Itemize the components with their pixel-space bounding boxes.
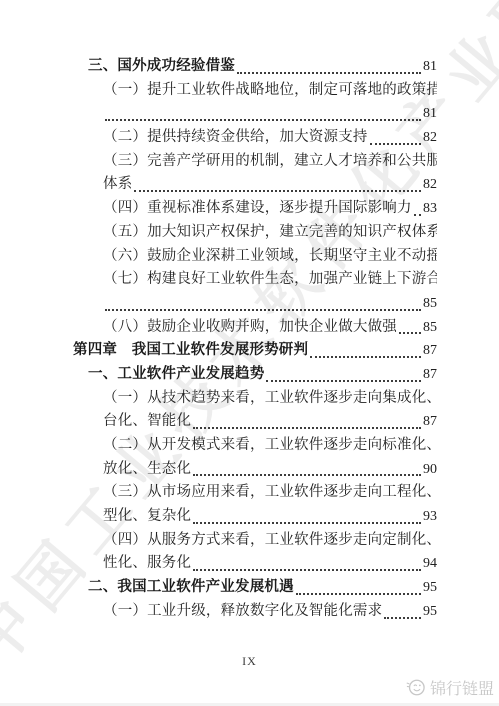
dot-leader [193, 427, 421, 429]
toc-entry-line: （一）提升工业软件战略地位，制定可落地的政策措施 [73, 79, 437, 103]
toc-entry-page: 90 [423, 458, 437, 482]
toc-entry-line: （四）重视标准体系建设，逐步提升国际影响力83 [73, 197, 437, 221]
toc-entry-line: 型化、复杂化93 [73, 505, 437, 529]
toc-entry-page: 95 [423, 576, 437, 600]
toc-entry-label: （二）从开发模式来看，工业软件逐步走向标准化、开 [103, 434, 437, 458]
dot-leader [193, 474, 421, 476]
toc-entry-page: 81 [423, 102, 437, 126]
toc-entry-continuation: 型化、复杂化 [103, 505, 191, 529]
toc-entry-label: 三、国外成功经验借鉴 [88, 55, 235, 79]
toc-entry-continuation: 台化、智能化 [103, 410, 191, 434]
toc-entry-line: （五）加大知识产权保护，建立完善的知识产权体系83 [73, 221, 437, 245]
document-page: 中国工业技术软件化产业联盟 三、国外成功经验借鉴81（一）提升工业软件战略地位，… [0, 0, 499, 706]
toc-entry-label: 一、工业软件产业发展趋势 [88, 363, 264, 387]
toc-entry-line: 二、我国工业软件产业发展机遇95 [73, 576, 437, 600]
toc-entry-line: （三）完善产学研用的机制，建立人才培养和公共服务 [73, 150, 437, 174]
toc-entry-page: 93 [423, 505, 437, 529]
toc-entry-label: （一）工业升级，释放数字化及智能化需求 [103, 600, 382, 624]
dot-leader [310, 356, 421, 358]
toc-entry-label: （八）鼓励企业收购并购，加快企业做大做强 [103, 316, 397, 340]
brand-text: 锦行链盟 [430, 676, 494, 699]
toc-entry-line: （二）提供持续资金供给，加大资源支持82 [73, 126, 437, 150]
toc-entry-label: （六）鼓励企业深耕工业领域，长期坚守主业不动摇 [103, 245, 437, 269]
dot-leader [266, 380, 421, 382]
toc-entry-page: 83 [423, 197, 437, 221]
toc-entry-line: （二）从开发模式来看，工业软件逐步走向标准化、开 [73, 434, 437, 458]
dot-leader [237, 72, 421, 74]
table-of-contents: 三、国外成功经验借鉴81（一）提升工业软件战略地位，制定可落地的政策措施81（二… [73, 55, 437, 624]
toc-entry-label: （三）从市场应用来看，工业软件逐步走向工程化、大 [103, 481, 437, 505]
toc-entry-line: （三）从市场应用来看，工业软件逐步走向工程化、大 [73, 481, 437, 505]
toc-entry-label: 二、我国工业软件产业发展机遇 [88, 576, 294, 600]
toc-entry-continuation: 体系 [103, 173, 132, 197]
toc-entry-continuation: 性化、服务化 [103, 552, 191, 576]
dot-leader [105, 119, 421, 121]
toc-entry-label: （一）提升工业软件战略地位，制定可落地的政策措施 [103, 79, 437, 103]
brand-watermark: 锦行链盟 [405, 676, 494, 699]
dot-leader [193, 569, 421, 571]
toc-entry-line: 台化、智能化87 [73, 410, 437, 434]
winking-smiley-icon [405, 677, 426, 698]
dot-leader [134, 190, 421, 192]
toc-entry-label: （二）提供持续资金供给，加大资源支持 [103, 126, 368, 150]
toc-entry-page: 82 [423, 173, 437, 197]
toc-entry-line: （一）工业升级，释放数字化及智能化需求95 [73, 600, 437, 624]
toc-entry-line: 一、工业软件产业发展趋势87 [73, 363, 437, 387]
toc-entry-label: （四）重视标准体系建设，逐步提升国际影响力 [103, 197, 412, 221]
toc-entry-page: 94 [423, 552, 437, 576]
dot-leader [370, 143, 421, 145]
toc-entry-continuation: 放化、生态化 [103, 458, 191, 482]
toc-entry-label: （七）构建良好工业软件生态，加强产业链上下游合作 [103, 268, 437, 292]
toc-entry-page: 85 [423, 316, 437, 340]
toc-entry-page: 82 [423, 126, 437, 150]
toc-entry-line: （七）构建良好工业软件生态，加强产业链上下游合作 [73, 268, 437, 292]
toc-entry-line: （一）从技术趋势来看，工业软件逐步走向集成化、平 [73, 387, 437, 411]
page-number: IX [0, 654, 499, 669]
toc-entry-line: 第四章 我国工业软件发展形势研判87 [73, 339, 437, 363]
toc-entry-label: （五）加大知识产权保护，建立完善的知识产权体系 [103, 221, 437, 245]
toc-entry-page: 95 [423, 600, 437, 624]
toc-entry-page: 81 [423, 55, 437, 79]
toc-entry-label: （三）完善产学研用的机制，建立人才培养和公共服务 [103, 150, 437, 174]
toc-entry-page: 85 [423, 292, 437, 316]
toc-entry-line: 81 [73, 102, 437, 126]
toc-entry-page: 87 [423, 410, 437, 434]
toc-entry-line: 85 [73, 292, 437, 316]
dot-leader [296, 593, 421, 595]
toc-entry-label: 第四章 我国工业软件发展形势研判 [73, 339, 308, 363]
toc-entry-line: （八）鼓励企业收购并购，加快企业做大做强85 [73, 316, 437, 340]
toc-entry-line: 性化、服务化94 [73, 552, 437, 576]
toc-entry-line: 体系82 [73, 173, 437, 197]
toc-entry-page: 87 [423, 339, 437, 363]
toc-entry-label: （一）从技术趋势来看，工业软件逐步走向集成化、平 [103, 387, 437, 411]
dot-leader [105, 309, 421, 311]
dot-leader [384, 617, 421, 619]
dot-leader [414, 214, 421, 216]
toc-entry-line: 放化、生态化90 [73, 458, 437, 482]
toc-entry-label: （四）从服务方式来看，工业软件逐步走向定制化、柔 [103, 529, 437, 553]
dot-leader [193, 522, 421, 524]
toc-entry-line: 三、国外成功经验借鉴81 [73, 55, 437, 79]
toc-entry-page: 87 [423, 363, 437, 387]
dot-leader [399, 332, 421, 334]
toc-entry-line: （六）鼓励企业深耕工业领域，长期坚守主业不动摇84 [73, 245, 437, 269]
toc-entry-line: （四）从服务方式来看，工业软件逐步走向定制化、柔 [73, 529, 437, 553]
